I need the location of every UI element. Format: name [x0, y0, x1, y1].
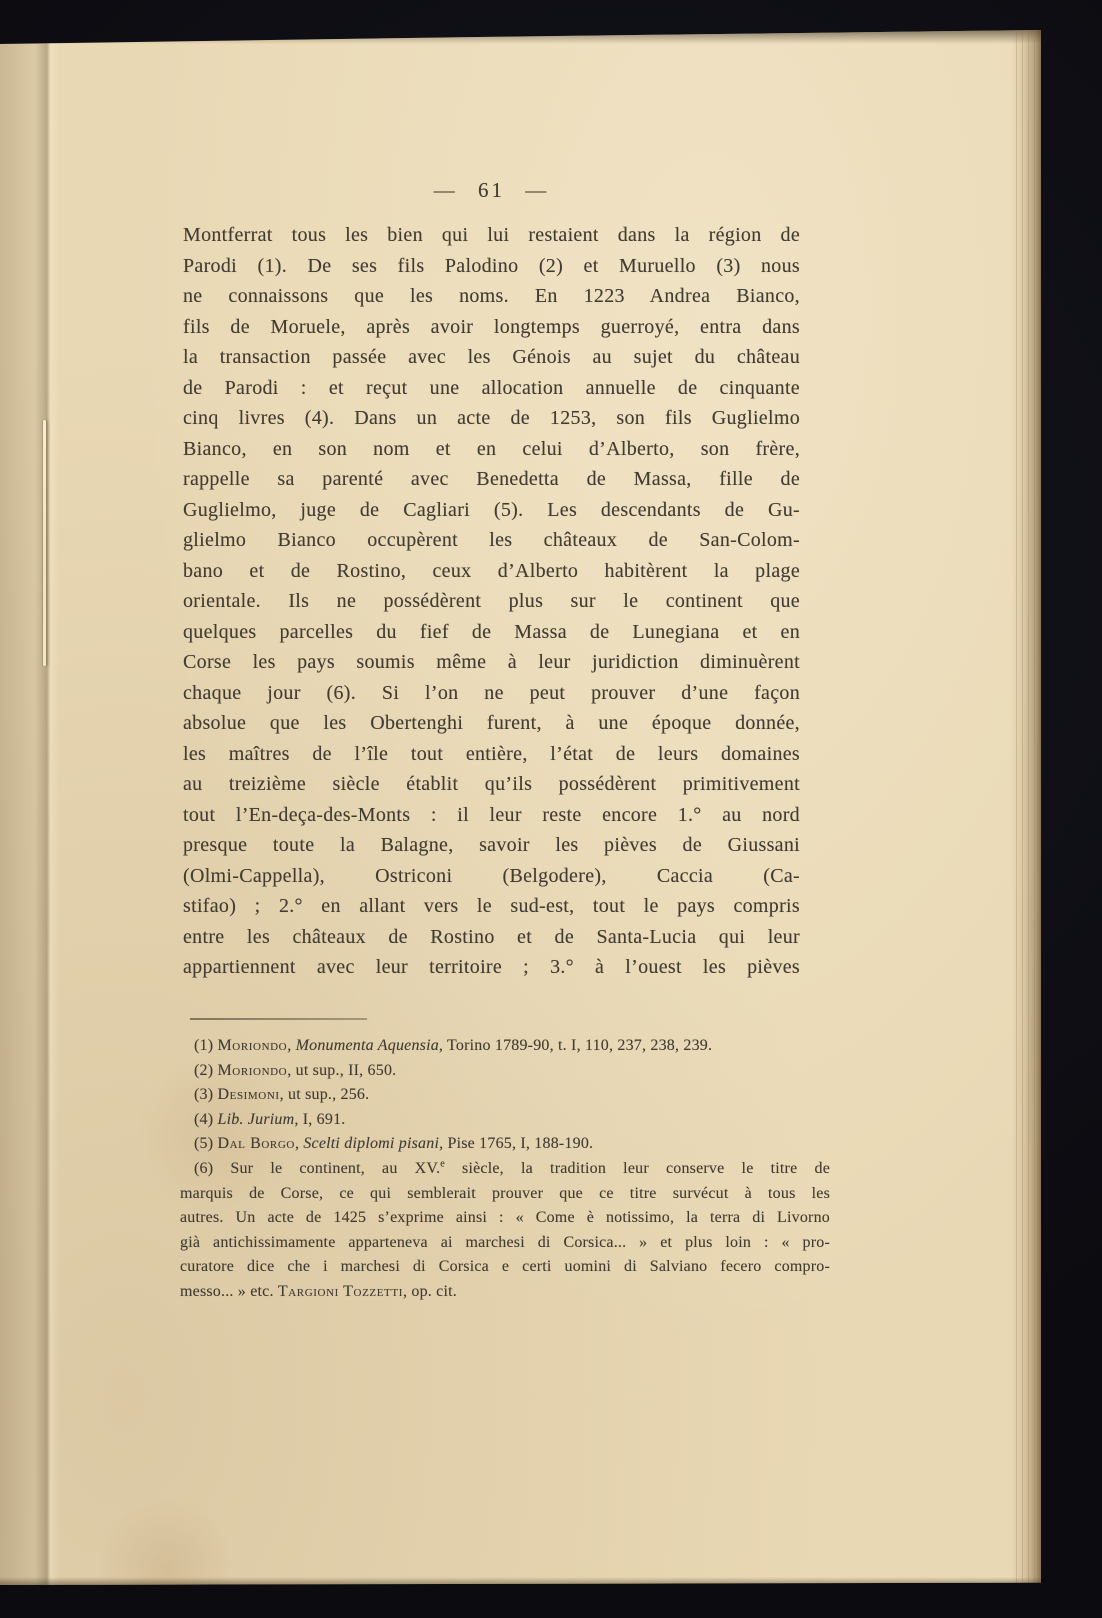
footnote-6-line: curatore dice che i marchesi di Corsica … [180, 1255, 830, 1280]
binding-thread-mark [43, 420, 46, 666]
footnote-author: Desimoni [217, 1086, 279, 1103]
text-line: rappelle sa parenté avec Benedetta de Ma… [183, 464, 800, 495]
footnote-label: (5) [194, 1135, 217, 1152]
footnote-work-title: Monumenta Aquensia, [296, 1037, 444, 1054]
text-line: Parodi (1). De ses fils Palodino (2) et … [183, 251, 800, 282]
footnote-text: , op. cit. [403, 1283, 457, 1300]
text-line: au treizième siècle établit qu’ils possé… [183, 769, 800, 800]
footnote-5: (5) Dal Borgo, Scelti diplomi pisani, Pi… [180, 1132, 830, 1157]
text-line: de Parodi : et reçut une allocation annu… [183, 373, 800, 404]
footnote-label: (4) [194, 1111, 217, 1128]
footnote-author: Targioni Tozzetti [278, 1283, 403, 1300]
footnote-6-line: messo... » etc. Targioni Tozzetti, op. c… [180, 1280, 830, 1305]
footnote-text: , ut sup., II, 650. [287, 1062, 396, 1079]
footnote-3: (3) Desimoni, ut sup., 256. [180, 1083, 830, 1108]
footnote-author: Dal Borgo [217, 1135, 294, 1152]
text-line: Corse les pays soumis même à leur juridi… [183, 647, 800, 678]
page-gutter-crease [0, 30, 60, 1585]
text-line: la transaction passée avec les Génois au… [183, 342, 800, 373]
footnotes-block: (1) Moriondo, Monumenta Aquensia, Torino… [180, 1034, 830, 1305]
text-line: (Olmi-Cappella), Ostriconi (Belgodere), … [183, 861, 800, 892]
text-line: Montferrat tous les bien qui lui restaie… [183, 220, 800, 251]
footnote-6-line: (6) Sur le continent, au XV.e siècle, la… [180, 1157, 830, 1182]
text-line: ne connaissons que les noms. En 1223 And… [183, 281, 800, 312]
text-line: les maîtres de l’île tout entière, l’éta… [183, 739, 800, 770]
text-line: presque toute la Balagne, savoir les piè… [183, 830, 800, 861]
footnote-text: , ut sup., 256. [280, 1086, 370, 1103]
footnote-separator [190, 1018, 367, 1020]
footnote-4: (4) Lib. Jurium, I, 691. [180, 1108, 830, 1133]
footnote-text: I, 691. [299, 1111, 346, 1128]
text-line: quelques parcelles du fief de Massa de L… [183, 617, 800, 648]
footnote-6-line: autres. Un acte de 1425 s’exprime ainsi … [180, 1206, 830, 1231]
text-line: orientale. Ils ne possédèrent plus sur l… [183, 586, 800, 617]
footnote-6-line: marquis de Corse, ce qui semblerait prou… [180, 1182, 830, 1207]
footnote-work-title: Lib. Jurium, [217, 1111, 298, 1128]
text-line: Bianco, en son nom et en celui d’Alberto… [183, 434, 800, 465]
text-line: entre les châteaux de Rostino et de Sant… [183, 922, 800, 953]
text-line: chaque jour (6). Si l’on ne peut prouver… [183, 678, 800, 709]
footnote-work-title: Scelti diplomi pisani, [303, 1135, 443, 1152]
footnote-1: (1) Moriondo, Monumenta Aquensia, Torino… [180, 1034, 830, 1059]
footnote-text: messo... » etc. [180, 1283, 278, 1300]
footnote-label: (1) [194, 1037, 217, 1054]
footnote-2: (2) Moriondo, ut sup., II, 650. [180, 1059, 830, 1084]
text-line: Guglielmo, juge de Cagliari (5). Les des… [183, 495, 800, 526]
footnote-text: Pise 1765, I, 188-190. [443, 1135, 593, 1152]
footnote-text: siècle, la tradition leur conserve le ti… [445, 1160, 830, 1177]
footnote-label: (2) [194, 1062, 217, 1079]
text-line: cinq livres (4). Dans un acte de 1253, s… [183, 403, 800, 434]
text-line: glielmo Bianco occupèrent les châteaux d… [183, 525, 800, 556]
footnote-text: Torino 1789-90, t. I, 110, 237, 238, 239… [443, 1037, 712, 1054]
text-line: absolue que les Obertenghi furent, à une… [183, 708, 800, 739]
text-line: bano et de Rostino, ceux d’Alberto habit… [183, 556, 800, 587]
footnote-text: (6) Sur le continent, au XV. [194, 1160, 440, 1177]
text-line: tout l’En-deça-des-Monts : il leur reste… [183, 800, 800, 831]
footnote-text: , [287, 1037, 295, 1054]
text-line: fils de Moruele, après avoir longtemps g… [183, 312, 800, 343]
footnote-6-line: già antichissimamente apparteneva ai mar… [180, 1231, 830, 1256]
book-page: — 61 — Montferrat tous les bien qui lui … [0, 30, 1041, 1585]
page-number: — 61 — [183, 178, 800, 203]
scan-backdrop: — 61 — Montferrat tous les bien qui lui … [0, 0, 1102, 1618]
footnote-author: Moriondo [217, 1037, 287, 1054]
footnote-author: Moriondo [217, 1062, 287, 1079]
main-text-block: Montferrat tous les bien qui lui restaie… [183, 220, 800, 983]
text-line: stifao) ; 2.° en allant vers le sud-est,… [183, 891, 800, 922]
footnote-label: (3) [194, 1086, 217, 1103]
page-fore-edge-stack [1011, 30, 1041, 1585]
text-line: appartiennent avec leur territoire ; 3.°… [183, 952, 800, 983]
